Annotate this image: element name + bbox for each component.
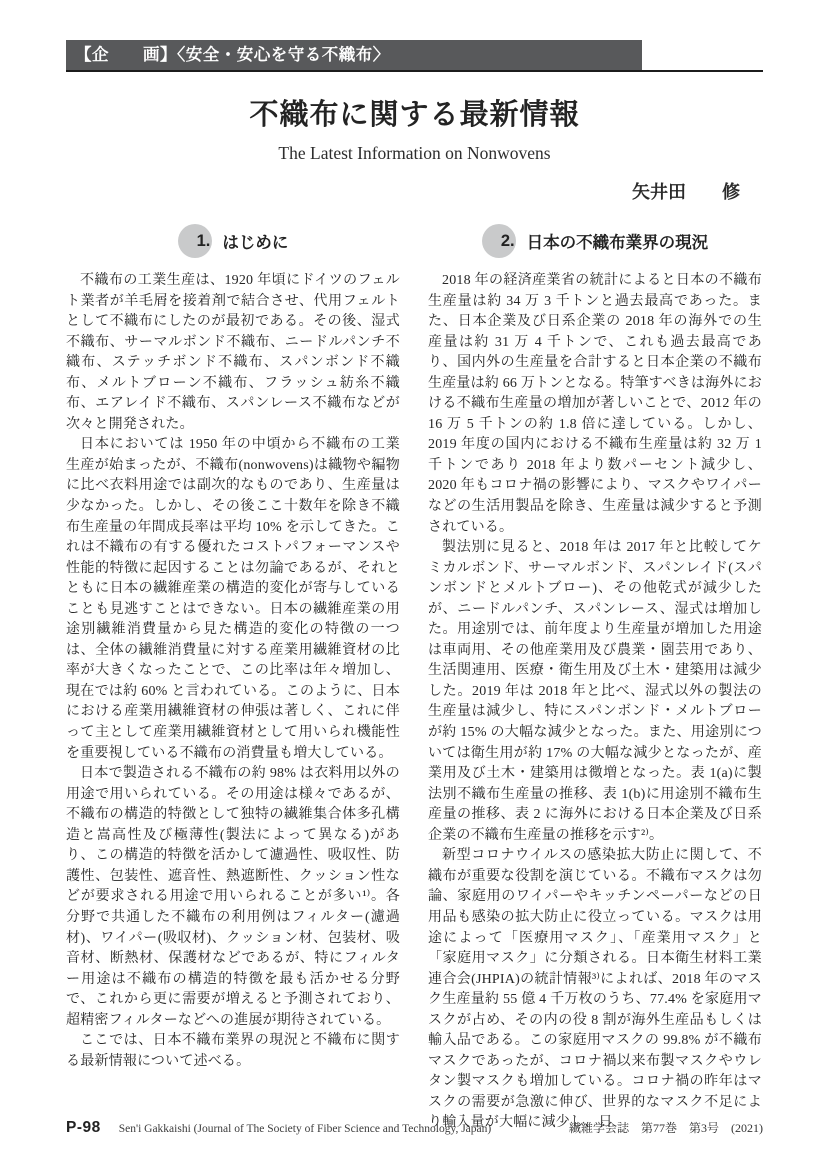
page-footer: P-98 Sen'i Gakkaishi (Journal of The Soc… (66, 1119, 763, 1137)
paragraph: 不織布の工業生産は、1920 年頃にドイツのフェルト業者が羊毛屑を接着剤で結合さ… (66, 271, 400, 435)
section-1-number: 1. (197, 232, 211, 251)
journal-page: 【企 画】〈安全・安心を守る不織布〉 不織布に関する最新情報 The Lates… (0, 0, 827, 1170)
right-column: 2. 日本の不織布業界の現況 2018 年の経済産業省の統計によると日本の不織布… (428, 222, 762, 1134)
section-2-header: 2. 日本の不織布業界の現況 (428, 222, 762, 260)
paragraph: 2018 年の経済産業省の統計によると日本の不織布生産量は約 34 万 3 千ト… (428, 271, 762, 538)
section-2-title: 日本の不織布業界の現況 (527, 229, 709, 253)
paragraph: 日本においては 1950 年の中頃から不織布の工業生産が始まったが、不織布(no… (66, 435, 400, 764)
article-body: 1. はじめに 不織布の工業生産は、1920 年頃にドイツのフェルト業者が羊毛屑… (66, 222, 762, 1134)
title-block: 不織布に関する最新情報 The Latest Information on No… (66, 92, 763, 164)
paragraph: ここでは、日本不織布業界の現況と不織布に関する最新情報について述べる。 (66, 1031, 400, 1072)
section-1-title: はじめに (222, 229, 288, 253)
section-2-number: 2. (501, 232, 515, 251)
left-column: 1. はじめに 不織布の工業生産は、1920 年頃にドイツのフェルト業者が羊毛屑… (66, 222, 400, 1134)
section-1-header: 1. はじめに (66, 222, 400, 260)
article-subtitle-en: The Latest Information on Nonwovens (66, 143, 763, 164)
journal-issue-jp: 繊維学会誌 第77巻 第3号 (2021) (569, 1119, 763, 1136)
article-title: 不織布に関する最新情報 (66, 92, 763, 133)
journal-name-en: Sen'i Gakkaishi (Journal of The Society … (119, 1123, 491, 1135)
category-banner: 【企 画】〈安全・安心を守る不織布〉 (66, 40, 642, 70)
paragraph: 新型コロナウイルスの感染拡大防止に関して、不織布が重要な役割を演じている。不織布… (428, 846, 762, 1134)
paragraph: 日本で製造される不織布の約 98% は衣料用以外の用途で用いられている。その用途… (66, 764, 400, 1031)
page-number: P-98 (66, 1119, 101, 1137)
banner-rule: 【企 画】〈安全・安心を守る不織布〉 (66, 40, 763, 72)
author-name: 矢井田 修 (66, 178, 740, 204)
paragraph: 製法別に見ると、2018 年は 2017 年と比較してケミカルボンド、サーマルボ… (428, 538, 762, 846)
